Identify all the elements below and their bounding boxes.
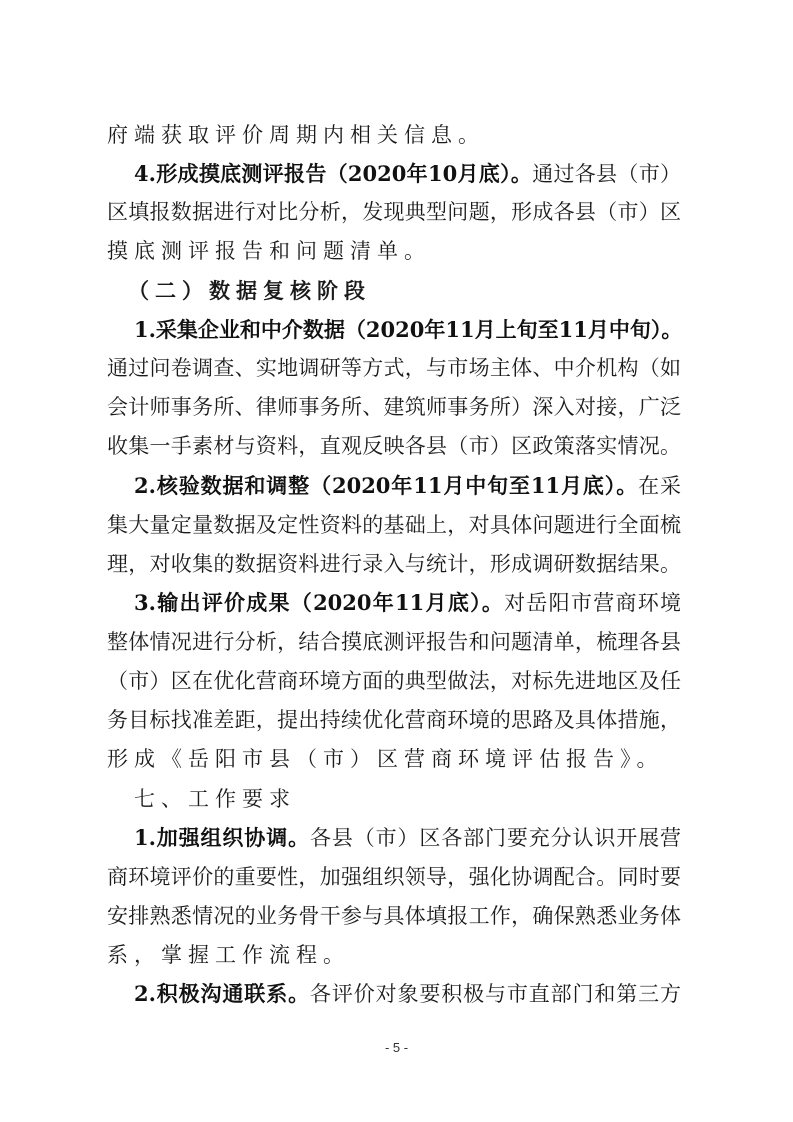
paragraph-line: 区填报数据进行对比分析，发现典型问题，形成各县（市）区	[107, 197, 681, 227]
paragraph-line: （市）区在优化营商环境方面的典型做法，对标先进地区及任	[107, 666, 681, 696]
paragraph-line: 安排熟悉情况的业务骨干参与具体填报工作，确保熟悉业务体	[107, 901, 681, 931]
paragraph-line: 1.采集企业和中介数据（2020年11月上旬至11月中旬）。	[134, 315, 681, 345]
paragraph-line: 会计师事务所、律师事务所、建筑师事务所）深入对接，广泛	[107, 392, 681, 422]
paragraph-line: 系，掌握工作流程。	[107, 940, 681, 970]
subsection-heading: （二）数据复核阶段	[128, 276, 675, 306]
paragraph-line: 2.积极沟通联系。各评价对象要积极与市直部门和第三方	[134, 979, 681, 1009]
paragraph-line: 府端获取评价周期内相关信息。	[107, 120, 681, 150]
paragraph-line: 3.输出评价成果（2020年11月底）。对岳阳市营商环境	[134, 588, 681, 618]
item-title: 2.核验数据和调整（2020年11月中旬至11月底）。	[134, 473, 638, 498]
paragraph-line: 2.核验数据和调整（2020年11月中旬至11月底）。在采	[134, 471, 681, 501]
paragraph-line: 收集一手素材与资料，直观反映各县（市）区政策落实情况。	[107, 431, 681, 461]
paragraph-line: 务目标找准差距，提出持续优化营商环境的思路及具体措施，	[107, 705, 681, 735]
paragraph-line: 形成《岳阳市县（市）区营商环境评估报告》。	[107, 744, 681, 774]
document-page: 府端获取评价周期内相关信息。 4.形成摸底测评报告（2020年10月底）。通过各…	[0, 0, 793, 1122]
paragraph-line: 整体情况进行分析，结合摸底测评报告和问题清单，梳理各县	[107, 627, 681, 657]
paragraph-line: 理，对收集的数据资料进行录入与统计，形成调研数据结果。	[107, 549, 681, 579]
paragraph-line: 商环境评价的重要性，加强组织领导，强化协调配合。同时要	[107, 862, 681, 892]
paragraph-line: 摸底测评报告和问题清单。	[107, 236, 681, 266]
item-title: 2.积极沟通联系。	[134, 981, 310, 1006]
paragraph-line: 1.加强组织协调。各县（市）区各部门要充分认识开展营	[134, 823, 681, 853]
section-heading: 七、工作要求	[134, 784, 681, 814]
paragraph-line: 4.形成摸底测评报告（2020年10月底）。通过各县（市）	[134, 159, 681, 189]
paragraph-line: 集大量定量数据及定性资料的基础上，对具体问题进行全面梳	[107, 510, 681, 540]
page-number: - 5 -	[0, 1040, 793, 1055]
item-title: 3.输出评价成果（2020年11月底）。	[134, 590, 504, 615]
item-title: 1.采集企业和中介数据（2020年11月上旬至11月中旬）。	[134, 317, 682, 342]
item-title: 4.形成摸底测评报告（2020年10月底）。	[134, 161, 532, 186]
paragraph-line: 通过问卷调查、实地调研等方式，与市场主体、中介机构（如	[107, 353, 681, 383]
item-title: 1.加强组织协调。	[134, 825, 310, 850]
